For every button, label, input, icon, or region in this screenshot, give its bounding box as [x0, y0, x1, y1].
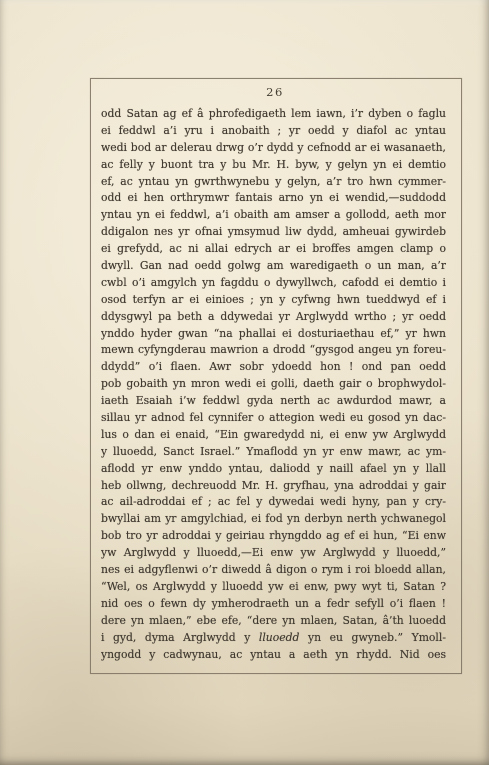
text-line: heb ollwng, dechreuodd Mr. H. gryfhau, y…: [101, 478, 446, 495]
text-line: osod terfyn ar ei einioes ; yn y cyfwng …: [101, 292, 446, 309]
text-line: dere yn mlaen,” ebe efe, “dere yn mlaen,…: [101, 613, 446, 630]
text-line: ynddo hyder gwan “na phallai ei dosturia…: [101, 326, 446, 343]
text-line: ei grefydd, ac ni allai edrych ar ei bro…: [101, 241, 446, 258]
text-line: pob gobaith yn mron wedi ei golli, daeth…: [101, 376, 446, 393]
text-line: yngodd y cadwynau, ac yntau a aeth yn rh…: [101, 647, 446, 664]
text-line: ddysgwyl pa beth a ddywedai yr Arglwydd …: [101, 309, 446, 326]
text-line: iaeth Esaiah i’w feddwl gyda nerth ac aw…: [101, 393, 446, 410]
text-line: sillau yr adnod fel cynnifer o attegion …: [101, 410, 446, 427]
text-line: aflodd yr enw ynddo yntau, daliodd y nai…: [101, 461, 446, 478]
text-line: odd ei hen orthrymwr fantais arno yn ei …: [101, 190, 446, 207]
page-number: 26: [90, 85, 460, 99]
text-line: nes ei adgyflenwi o’r diwedd â digon o r…: [101, 562, 446, 579]
text-line: odd Satan ag ef â phrofedigaeth lem iawn…: [101, 106, 446, 123]
book-page-scan: 26 odd Satan ag ef â phrofedigaeth lem i…: [0, 0, 489, 765]
text-line: yntau yn ei feddwl, a’i obaith am amser …: [101, 207, 446, 224]
text-line: “Wel, os Arglwydd y lluoedd yw ei enw, p…: [101, 579, 446, 596]
body-text: odd Satan ag ef â phrofedigaeth lem iawn…: [101, 106, 446, 663]
text-line: bob tro yr adroddai y geiriau rhyngddo a…: [101, 528, 446, 545]
text-line: ei feddwl a’i yru i anobaith ; yr oedd y…: [101, 123, 446, 140]
text-line: nid oes o fewn dy ymherodraeth un a fedr…: [101, 596, 446, 613]
text-line: y lluoedd, Sanct Israel.” Ymaflodd yn yr…: [101, 444, 446, 461]
text-line: lus o dan ei enaid, “Ein gwaredydd ni, e…: [101, 427, 446, 444]
text-line: ddydd” o’i flaen. Awr sobr ydoedd hon ! …: [101, 359, 446, 376]
text-line: cwbl o’i amgylch yn fagddu o dywyllwch, …: [101, 275, 446, 292]
text-line: bwyllai am yr amgylchiad, ei fod yn derb…: [101, 511, 446, 528]
text-line: ac ail-adroddai ef ; ac fel y dywedai we…: [101, 494, 446, 511]
text-line: ddigalon nes yr ofnai ymsymud liw dydd, …: [101, 224, 446, 241]
text-line: yw Arglwydd y lluoedd,—Ei enw yw Arglwyd…: [101, 545, 446, 562]
text-line: mewn cyfyngderau mawrion a drodd “gysgod…: [101, 342, 446, 359]
text-line: ef, ac yntau yn gwrthwynebu y gelyn, a’r…: [101, 174, 446, 191]
text-line: i gyd, dyma Arglwydd y lluoedd yn eu gwy…: [101, 630, 446, 647]
text-line: ac felly y buont tra y bu Mr. H. byw, y …: [101, 157, 446, 174]
text-line: dwyll. Gan nad oedd golwg am waredigaeth…: [101, 258, 446, 275]
text-line: wedi bod ar delerau drwg o’r dydd y cefn…: [101, 140, 446, 157]
